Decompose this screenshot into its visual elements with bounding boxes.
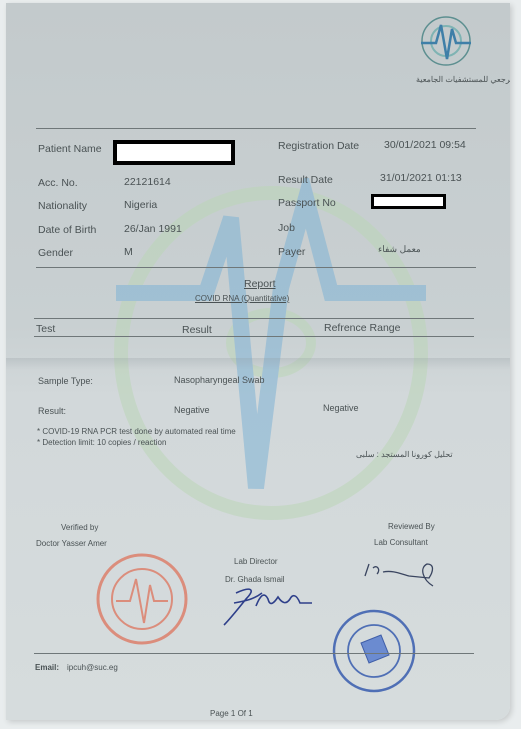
divider (34, 318, 474, 319)
arabic-result: تحليل كورونا المستجد : سلبى (356, 450, 453, 459)
passport-redacted (371, 194, 446, 209)
email-value[interactable]: ipcuh@suc.eg (67, 663, 118, 672)
payer-value: معمل شفاء (378, 244, 421, 255)
org-name: المجلس المرجعي للمستشفيات الجامعية (416, 75, 510, 84)
blue-official-stamp-icon (329, 607, 419, 695)
registration-date-label: Registration Date (278, 140, 359, 152)
row-range: Negative (323, 403, 359, 413)
verified-by-label: Verified by (61, 523, 98, 532)
gender-value: M (124, 246, 133, 258)
column-test: Test (36, 323, 55, 335)
report-title: Report (244, 278, 276, 290)
email-label: Email: (35, 663, 59, 672)
verified-by-name: Doctor Yasser Amer (36, 539, 107, 548)
patient-name-redacted (113, 140, 235, 165)
row-result: Nasopharyngeal Swab (174, 375, 265, 385)
divider (36, 267, 476, 268)
divider (34, 336, 474, 337)
page-number: Page 1 Of 1 (210, 709, 253, 718)
gender-label: Gender (38, 247, 73, 259)
note: * COVID-19 RNA PCR test done by automate… (37, 427, 236, 436)
lab-director-label: Lab Director (234, 557, 278, 566)
divider (34, 653, 474, 654)
result-date-value: 31/01/2021 01:13 (380, 172, 462, 184)
dob-label: Date of Birth (38, 224, 96, 236)
payer-label: Payer (278, 246, 305, 258)
reviewed-by-label: Reviewed By (388, 522, 435, 531)
acc-no-value: 22121614 (124, 176, 171, 188)
result-date-label: Result Date (278, 174, 333, 186)
column-reference-range: Refrence Range (324, 322, 400, 334)
row-test: Result: (38, 406, 66, 416)
nationality-value: Nigeria (124, 199, 157, 211)
director-signature-icon (216, 581, 316, 631)
report-subtitle: COVID RNA (Quantitative) (195, 294, 289, 303)
consultant-signature-icon (361, 558, 441, 593)
lab-report-document: المجلس المرجعي للمستشفيات الجامعية Patie… (6, 3, 510, 720)
patient-name-label: Patient Name (38, 143, 102, 155)
row-test: Sample Type: (38, 376, 93, 386)
dob-value: 26/Jan 1991 (124, 223, 182, 235)
reviewed-by-name: Lab Consultant (374, 538, 428, 547)
row-result: Negative (174, 405, 210, 415)
hospital-logo-icon (411, 11, 481, 73)
job-label: Job (278, 222, 295, 234)
divider (36, 128, 476, 129)
note: * Detection limit: 10 copies / reaction (37, 438, 166, 447)
acc-no-label: Acc. No. (38, 177, 78, 189)
nationality-label: Nationality (38, 200, 87, 212)
registration-date-value: 30/01/2021 09:54 (384, 139, 466, 151)
red-official-stamp-icon (94, 551, 190, 647)
column-result: Result (182, 324, 212, 336)
passport-label: Passport No (278, 197, 336, 209)
